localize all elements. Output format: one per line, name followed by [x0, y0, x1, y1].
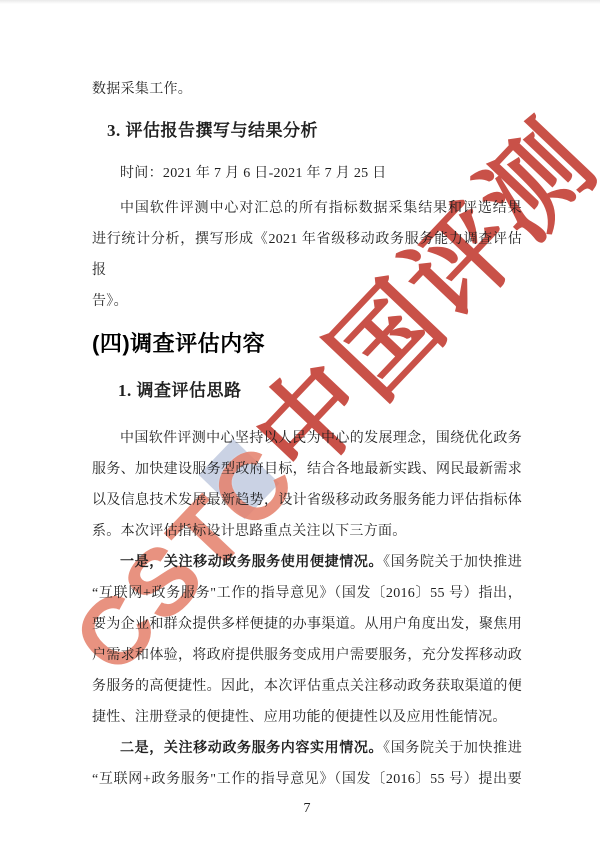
document-page: CSTC中国评测 数据采集工作。 3. 评估报告撰写与结果分析 时间：2021 …: [0, 0, 600, 848]
paragraph-summary: 中国软件评测中心对汇总的所有指标数据采集结果和评选结果 进行统计分析，撰写形成《…: [92, 193, 522, 317]
paragraph-line: 中国软件评测中心坚持以人民为中心的发展理念，围绕优化政务: [92, 423, 522, 454]
paragraph-approach: 中国软件评测中心坚持以人民为中心的发展理念，围绕优化政务 服务、加快建设服务型政…: [92, 423, 522, 547]
paragraph-line: “互联网+政务服务"工作的指导意见》（国发〔2016〕55 号）提出要: [92, 764, 522, 795]
paragraph-line: 中国软件评测中心对汇总的所有指标数据采集结果和评选结果: [92, 193, 522, 224]
paragraph-line: 服务、加快建设服务型政府目标，结合各地最新实践、网民最新需求: [92, 454, 522, 485]
paragraph-line: 二是，关注移动政务服务内容实用情况。《国务院关于加快推进: [92, 733, 522, 764]
paragraph-line: 一是，关注移动政务服务使用便捷情况。《国务院关于加快推进: [92, 547, 522, 578]
document-content: 数据采集工作。 3. 评估报告撰写与结果分析 时间：2021 年 7 月 6 日…: [0, 0, 600, 819]
paragraph-line: 捷性、注册登录的便捷性、应用功能的便捷性以及应用性能情况。: [92, 702, 522, 733]
paragraph-line: 户需求和体验，将政府提供服务变成用户需要服务，充分发挥移动政: [92, 640, 522, 671]
time-line: 时间：2021 年 7 月 6 日-2021 年 7 月 25 日: [92, 158, 522, 189]
paragraph-line: 进行统计分析，撰写形成《2021 年省级移动政务服务能力调查评估报: [92, 224, 522, 286]
paragraph-line: 系。本次评估指标设计思路重点关注以下三方面。: [92, 516, 522, 547]
bold-lead-text: 一是，关注移动政务服务使用便捷情况。: [120, 555, 383, 570]
paragraph-point-two: 二是，关注移动政务服务内容实用情况。《国务院关于加快推进 “互联网+政务服务"工…: [92, 733, 522, 795]
regular-text: 《国务院关于加快推进: [383, 741, 522, 756]
heading-evaluation-approach: 1. 调查评估思路: [118, 375, 522, 406]
paragraph-line: 务服务的高便捷性。因此，本次评估重点关注移动政务获取渠道的便: [92, 671, 522, 702]
regular-text: 《国务院关于加快推进: [383, 555, 522, 570]
page-number: 7: [92, 799, 522, 819]
paragraph-line: “互联网+政务服务"工作的指导意见》（国发〔2016〕55 号）指出，: [92, 578, 522, 609]
paragraph-point-one: 一是，关注移动政务服务使用便捷情况。《国务院关于加快推进 “互联网+政务服务"工…: [92, 547, 522, 733]
bold-lead-text: 二是，关注移动政务服务内容实用情况。: [120, 741, 383, 756]
heading-report-writing: 3. 评估报告撰写与结果分析: [107, 115, 522, 146]
paragraph-line: 要为企业和群众提供多样便捷的办事渠道。从用户角度出发，聚焦用: [92, 609, 522, 640]
paragraph-line: 告》。: [92, 286, 522, 317]
section-heading-four: (四)调查评估内容: [92, 327, 522, 361]
paragraph-line: 以及信息技术发展最新趋势，设计省级移动政务服务能力评估指标体: [92, 485, 522, 516]
paragraph-tail-line: 数据采集工作。: [92, 74, 522, 105]
